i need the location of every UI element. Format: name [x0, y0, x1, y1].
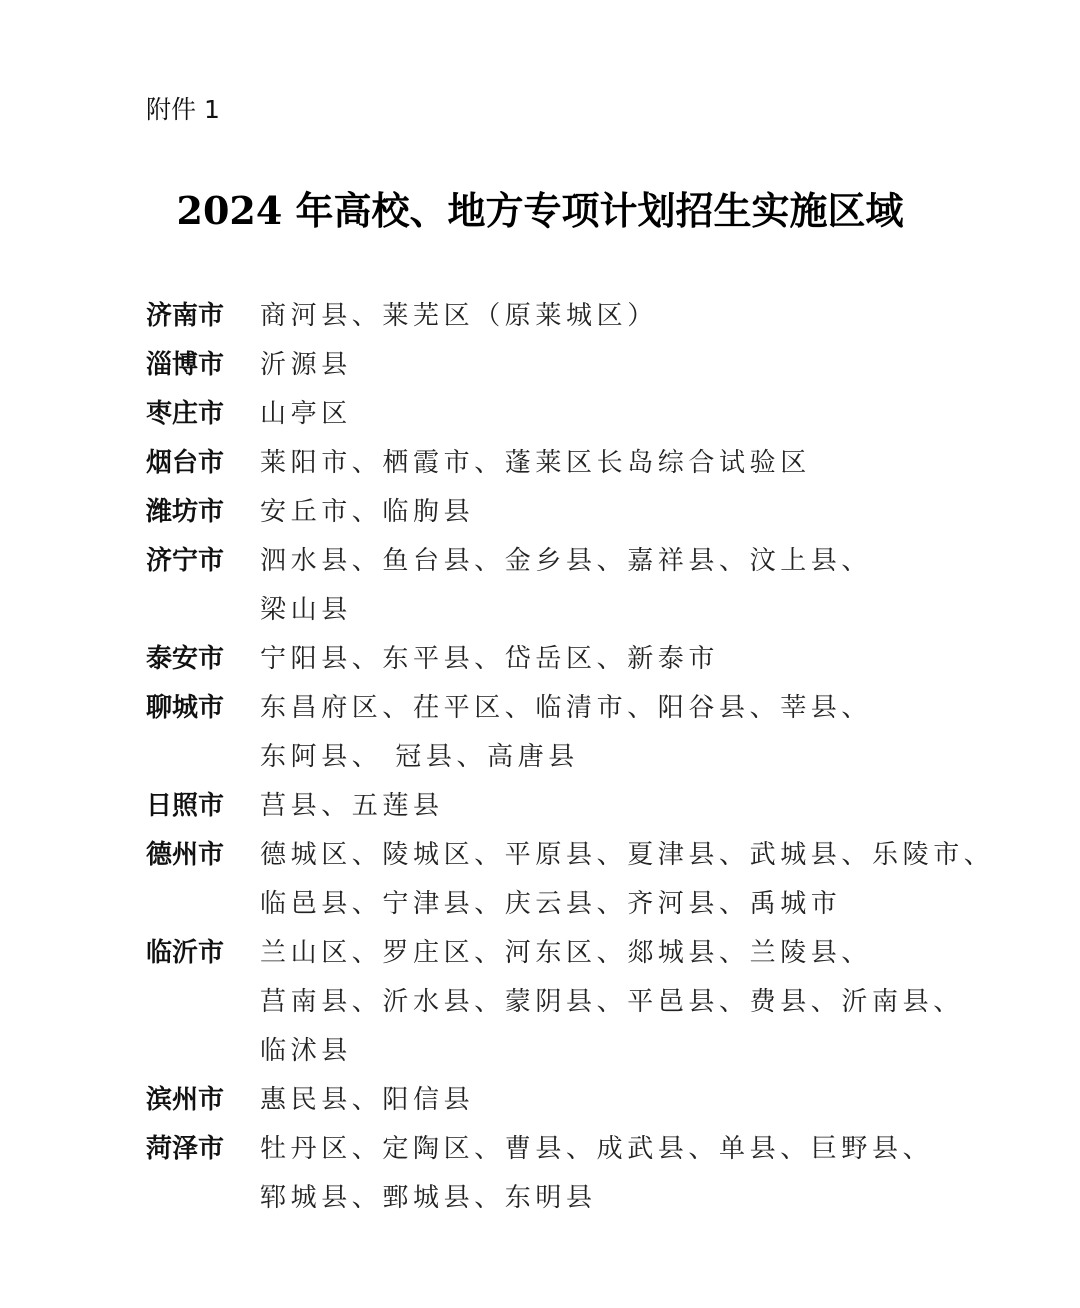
region-row: 潍坊市 安丘市、临朐县 [146, 488, 966, 537]
county-list: 惠民县、阳信县 [260, 1076, 966, 1125]
attachment-label: 附件 1 [146, 94, 220, 126]
county-list: 泗水县、鱼台县、金乡县、嘉祥县、汶上县、 梁山县 [260, 537, 966, 635]
region-row: 德州市 德城区、陵城区、平原县、夏津县、武城县、乐陵市、 临邑县、宁津县、庆云县… [146, 831, 966, 929]
county-line: 莒南县、沂水县、蒙阴县、平邑县、费县、沂南县、 [260, 978, 966, 1027]
county-list: 莱阳市、栖霞市、蓬莱区长岛综合试验区 [260, 439, 966, 488]
county-line: 梁山县 [260, 586, 966, 635]
county-list: 宁阳县、东平县、岱岳区、新泰市 [260, 635, 966, 684]
county-list: 沂源县 [260, 341, 966, 390]
county-line: 临邑县、宁津县、庆云县、齐河县、禹城市 [260, 880, 994, 929]
region-row: 菏泽市 牡丹区、定陶区、曹县、成武县、单县、巨野县、 郓城县、鄄城县、东明县 [146, 1125, 966, 1223]
document-title: 2024 年高校、地方专项计划招生实施区域 [0, 186, 1080, 236]
county-line: 泗水县、鱼台县、金乡县、嘉祥县、汶上县、 [260, 537, 966, 586]
city-name: 烟台市 [146, 439, 260, 488]
county-line: 宁阳县、东平县、岱岳区、新泰市 [260, 635, 966, 684]
county-line: 山亭区 [260, 390, 966, 439]
city-name: 聊城市 [146, 684, 260, 733]
county-list: 牡丹区、定陶区、曹县、成武县、单县、巨野县、 郓城县、鄄城县、东明县 [260, 1125, 966, 1223]
city-name: 德州市 [146, 831, 260, 880]
county-list: 兰山区、罗庄区、河东区、郯城县、兰陵县、 莒南县、沂水县、蒙阴县、平邑县、费县、… [260, 929, 966, 1076]
city-name: 滨州市 [146, 1076, 260, 1125]
city-name: 临沂市 [146, 929, 260, 978]
county-line: 临沭县 [260, 1027, 966, 1076]
region-row: 日照市 莒县、五莲县 [146, 782, 966, 831]
region-row: 淄博市 沂源县 [146, 341, 966, 390]
city-name: 淄博市 [146, 341, 260, 390]
region-list: 济南市 商河县、莱芜区（原莱城区） 淄博市 沂源县 枣庄市 山亭区 烟台市 莱阳… [146, 292, 966, 1223]
region-row: 济南市 商河县、莱芜区（原莱城区） [146, 292, 966, 341]
county-line: 惠民县、阳信县 [260, 1076, 966, 1125]
county-line: 德城区、陵城区、平原县、夏津县、武城县、乐陵市、 [260, 831, 994, 880]
region-row: 临沂市 兰山区、罗庄区、河东区、郯城县、兰陵县、 莒南县、沂水县、蒙阴县、平邑县… [146, 929, 966, 1076]
city-name: 菏泽市 [146, 1125, 260, 1174]
county-line: 东昌府区、茌平区、临清市、阳谷县、莘县、 [260, 684, 966, 733]
county-line: 莒县、五莲县 [260, 782, 966, 831]
region-row: 济宁市 泗水县、鱼台县、金乡县、嘉祥县、汶上县、 梁山县 [146, 537, 966, 635]
county-list: 商河县、莱芜区（原莱城区） [260, 292, 966, 341]
region-row: 枣庄市 山亭区 [146, 390, 966, 439]
city-name: 济南市 [146, 292, 260, 341]
city-name: 潍坊市 [146, 488, 260, 537]
city-name: 日照市 [146, 782, 260, 831]
city-name: 泰安市 [146, 635, 260, 684]
county-line: 兰山区、罗庄区、河东区、郯城县、兰陵县、 [260, 929, 966, 978]
region-row: 滨州市 惠民县、阳信县 [146, 1076, 966, 1125]
county-line: 沂源县 [260, 341, 966, 390]
county-line: 商河县、莱芜区（原莱城区） [260, 292, 966, 341]
county-line: 莱阳市、栖霞市、蓬莱区长岛综合试验区 [260, 439, 966, 488]
county-list: 莒县、五莲县 [260, 782, 966, 831]
region-row: 烟台市 莱阳市、栖霞市、蓬莱区长岛综合试验区 [146, 439, 966, 488]
county-line: 安丘市、临朐县 [260, 488, 966, 537]
county-list: 东昌府区、茌平区、临清市、阳谷县、莘县、 东阿县、 冠县、高唐县 [260, 684, 966, 782]
county-line: 郓城县、鄄城县、东明县 [260, 1174, 966, 1223]
county-list: 安丘市、临朐县 [260, 488, 966, 537]
city-name: 济宁市 [146, 537, 260, 586]
county-line: 东阿县、 冠县、高唐县 [260, 733, 966, 782]
region-row: 泰安市 宁阳县、东平县、岱岳区、新泰市 [146, 635, 966, 684]
county-list: 德城区、陵城区、平原县、夏津县、武城县、乐陵市、 临邑县、宁津县、庆云县、齐河县… [260, 831, 994, 929]
region-row: 聊城市 东昌府区、茌平区、临清市、阳谷县、莘县、 东阿县、 冠县、高唐县 [146, 684, 966, 782]
county-list: 山亭区 [260, 390, 966, 439]
county-line: 牡丹区、定陶区、曹县、成武县、单县、巨野县、 [260, 1125, 966, 1174]
city-name: 枣庄市 [146, 390, 260, 439]
